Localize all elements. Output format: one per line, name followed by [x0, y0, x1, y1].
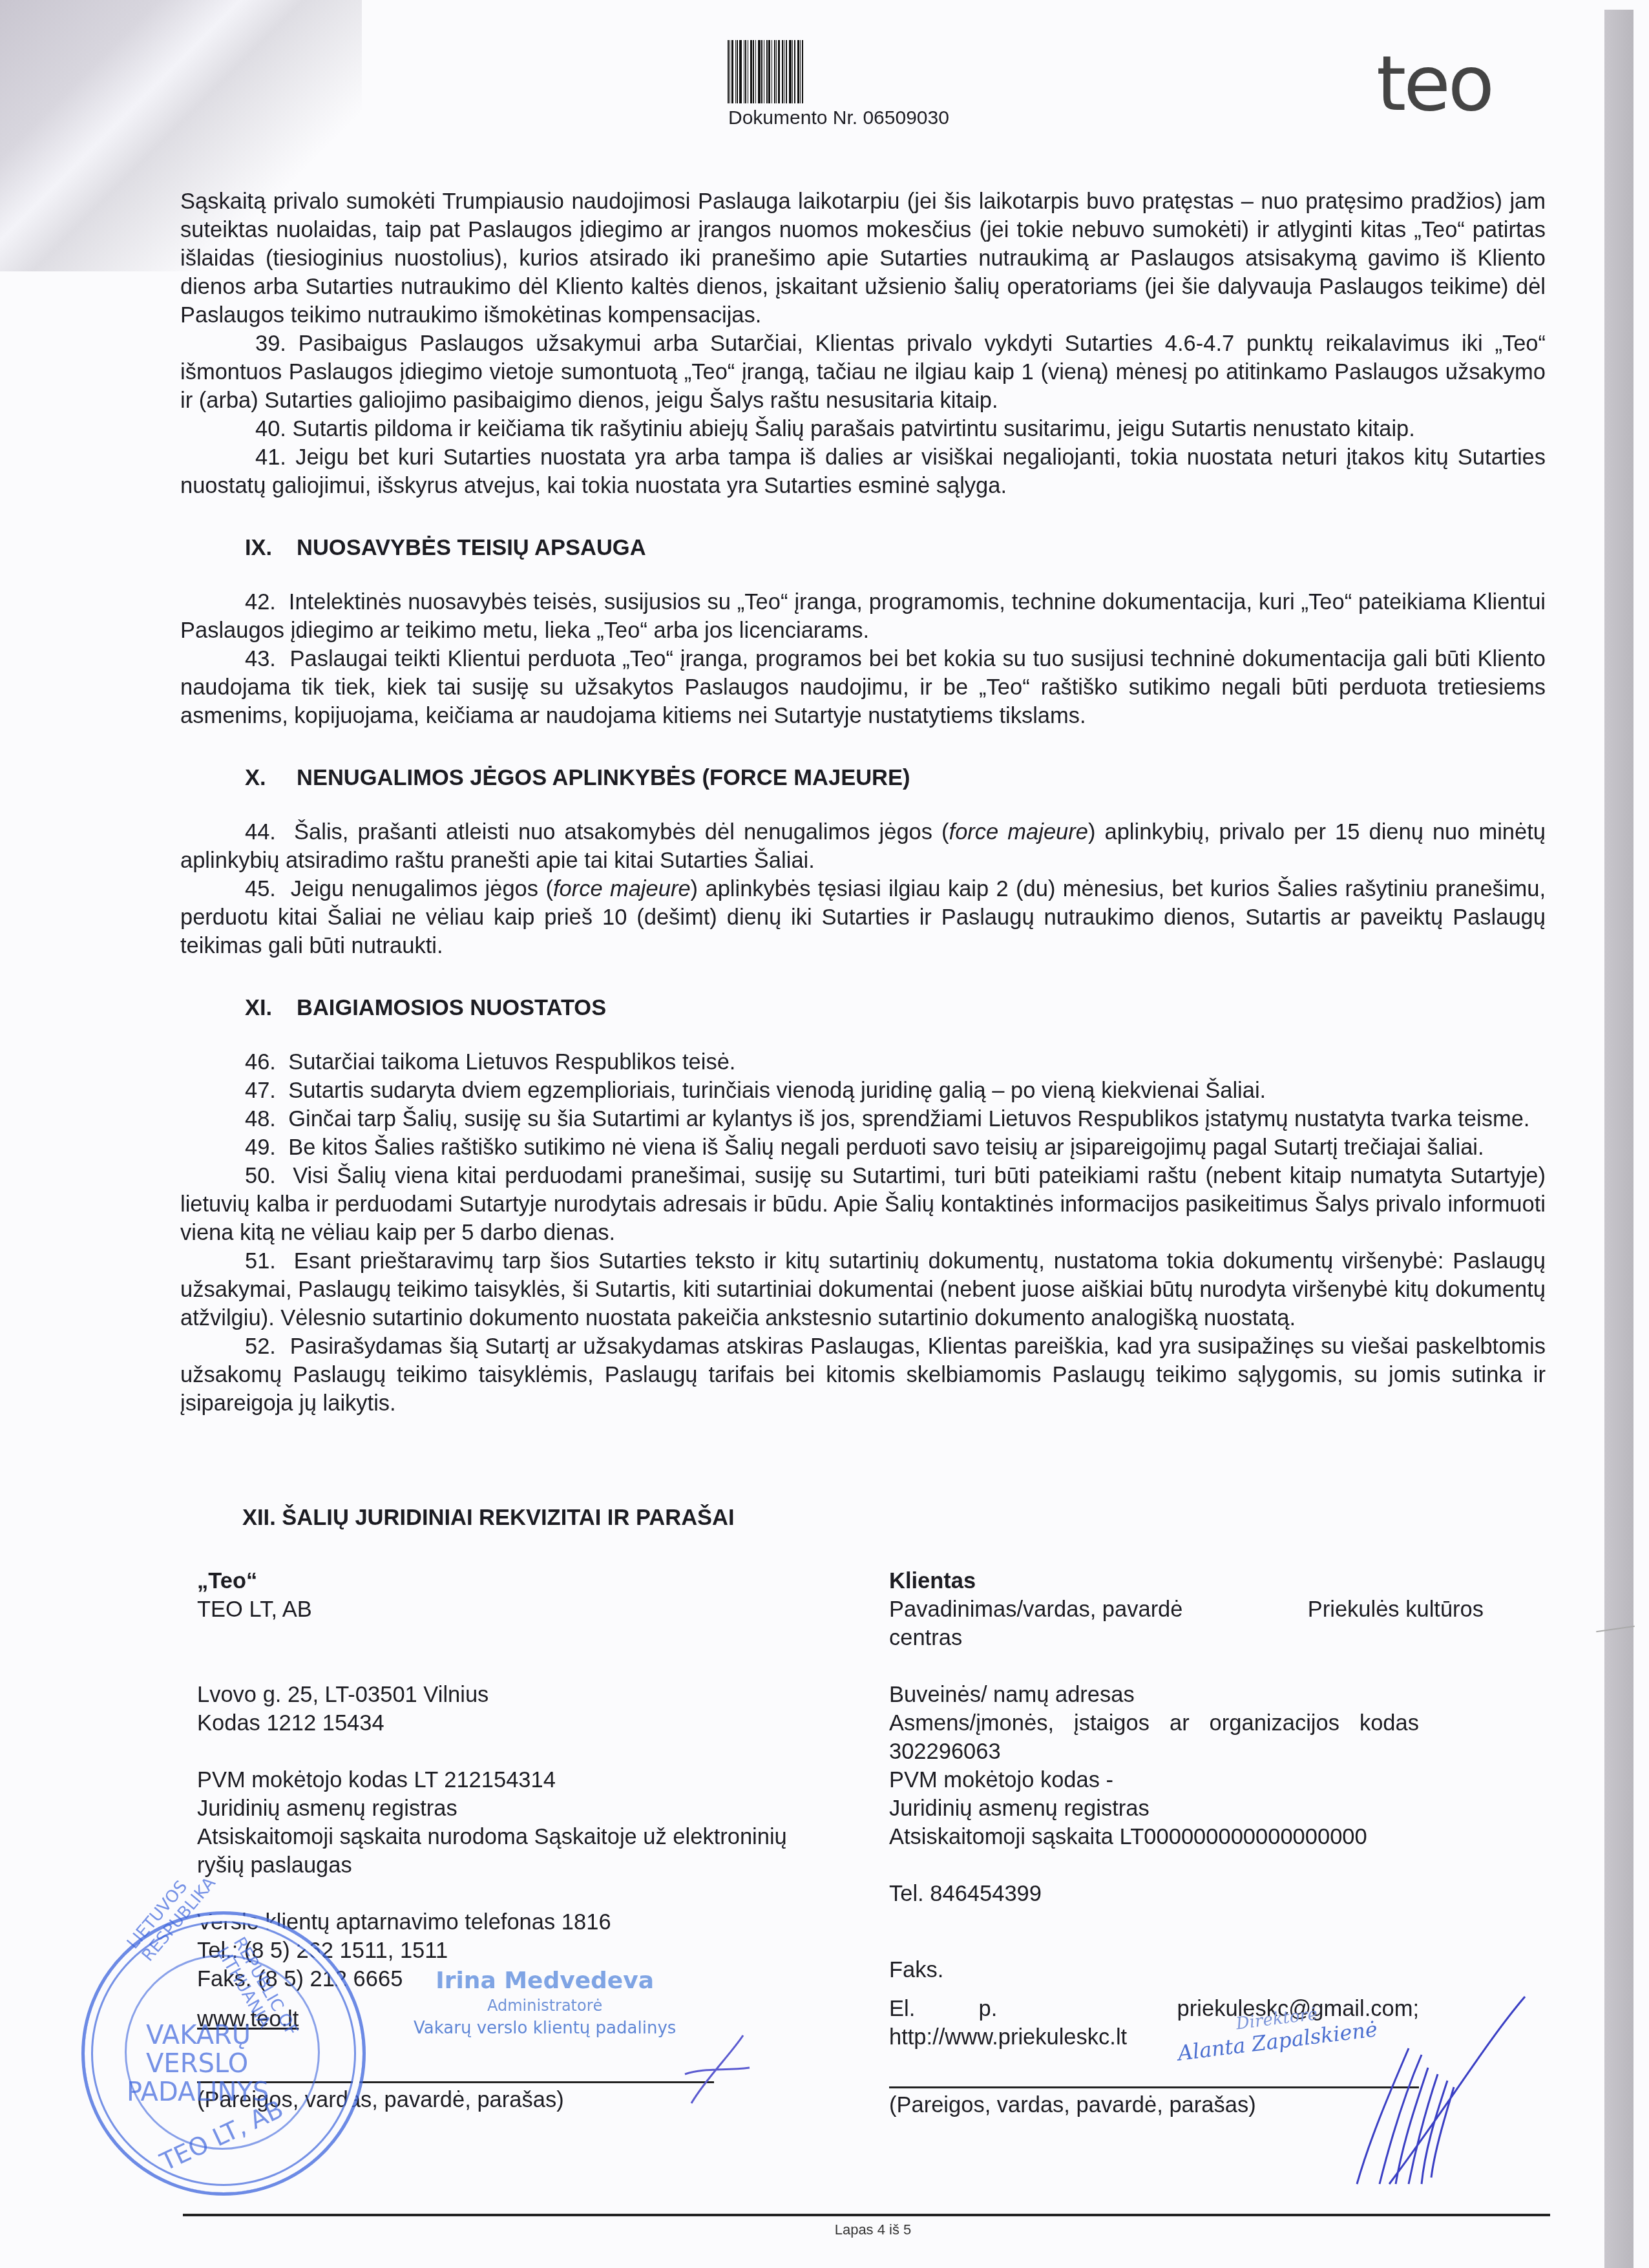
clause-45: 45. Jeigu nenugalimos jėgos (force majeu… — [180, 875, 1546, 960]
teo-address: Lvovo g. 25, LT-03501 Vilnius — [197, 1681, 869, 1709]
clause-text: Ginčai tarp Šalių, susiję su šia Sutarti… — [288, 1107, 1529, 1131]
clause-44: 44. Šalis, prašanti atleisti nuo atsakom… — [180, 818, 1546, 875]
clause-47: 47. Sutartis sudaryta dviem egzemplioria… — [180, 1076, 1546, 1105]
clause-text-italic: force majeure — [553, 877, 691, 901]
teo-account-line1: Atsiskaitomoji sąskaita nurodoma Sąskait… — [197, 1823, 869, 1851]
clause-number: 40. — [255, 417, 286, 441]
section-x-title: X.NENUGALIMOS JĖGOS APLINKYBĖS (FORCE MA… — [245, 764, 1546, 792]
continuation-paragraph: Sąskaitą privalo sumokėti Trumpiausio na… — [180, 187, 1546, 330]
clause-number: 42. — [245, 590, 276, 614]
teo-heading: „Teo“ — [197, 1567, 869, 1595]
section-number: XI. — [245, 994, 297, 1022]
clause-49: 49. Be kitos Šalies raštiško sutikimo nė… — [180, 1133, 1546, 1162]
teo-vat-code: PVM mokėtojo kodas LT 212154314 — [197, 1766, 869, 1794]
contract-body: Sąskaitą privalo sumokėti Trumpiausio na… — [180, 187, 1546, 1418]
teo-tel: Tel.: (8 5) 262 1511, 1511 — [197, 1937, 869, 1965]
clause-number: 52. — [245, 1334, 276, 1359]
section-heading: NUOSAVYBĖS TEISIŲ APSAUGA — [297, 536, 646, 560]
teo-business-phone: Verslo klientų aptarnavimo telefonas 181… — [197, 1908, 869, 1937]
clause-41: 41. Jeigu bet kuri Sutarties nuostata yr… — [180, 443, 1546, 500]
clause-text: Be kitos Šalies raštiško sutikimo nė vie… — [288, 1135, 1484, 1160]
signatory-unit: Vakarų verslo klientų padalinys — [414, 2019, 676, 2038]
clause-number: 49. — [245, 1135, 276, 1160]
clause-48: 48. Ginčai tarp Šalių, susiję su šia Sut… — [180, 1105, 1546, 1133]
clause-46: 46. Sutarčiai taikoma Lietuvos Respublik… — [180, 1048, 1546, 1076]
teo-code: Kodas 1212 15434 — [197, 1709, 869, 1738]
clause-number: 45. — [245, 877, 276, 901]
clause-text: Pasirašydamas šią Sutartį ar užsakydamas… — [180, 1334, 1546, 1416]
client-code-value: 302296063 — [889, 1738, 1484, 1766]
client-vat-code: PVM mokėtojo kodas - — [889, 1766, 1484, 1794]
clause-number: 48. — [245, 1107, 276, 1131]
clause-40: 40. Sutartis pildoma ir keičiama tik raš… — [180, 415, 1546, 443]
clause-42: 42. Intelektinės nuosavybės teisės, susi… — [180, 588, 1546, 645]
client-heading: Klientas — [889, 1567, 1484, 1595]
clause-text: Sutartis pildoma ir keičiama tik rašytin… — [293, 417, 1415, 441]
teo-signature-line — [197, 2081, 714, 2083]
clause-text: Šalis, prašanti atleisti nuo atsakomybės… — [294, 820, 949, 845]
teo-signatory-stamp: Irina Medvedeva Administratorė Vakarų ve… — [414, 1968, 676, 2038]
page-number: Lapas 4 iš 5 — [0, 2221, 1649, 2238]
signatory-name: Irina Medvedeva — [414, 1968, 676, 1994]
clause-text-italic: force majeure — [949, 820, 1088, 845]
section-xi-title: XI.BAIGIAMOSIOS NUOSTATOS — [245, 994, 1546, 1022]
footer-divider — [183, 2214, 1550, 2216]
clause-52: 52. Pasirašydamas šią Sutartį ar užsakyd… — [180, 1332, 1546, 1418]
clause-43: 43. Paslaugai teikti Klientui perduota „… — [180, 645, 1546, 730]
teo-registry: Juridinių asmenų registras — [197, 1794, 869, 1823]
clause-text: Jeigu bet kuri Sutarties nuostata yra ar… — [180, 445, 1546, 498]
section-number: IX. — [245, 534, 297, 562]
client-registry: Juridinių asmenų registras — [889, 1794, 1484, 1823]
clause-number: 51. — [245, 1249, 276, 1274]
clause-number: 39. — [255, 331, 286, 356]
clause-text: Visi Šalių viena kitai perduodami praneš… — [180, 1164, 1546, 1245]
clause-text: Pasibaigus Paslaugos užsakymui arba Suta… — [180, 331, 1546, 413]
client-signature-caption: (Pareigos, vardas, pavardė, parašas) — [889, 2091, 1484, 2119]
client-fax: Faks. — [889, 1956, 1484, 1984]
client-account: Atsiskaitomoji sąskaita LT00000000000000… — [889, 1823, 1484, 1851]
clause-text: Esant prieštaravimų tarp šios Sutarties … — [180, 1249, 1546, 1330]
clause-text: Sutartis sudaryta dviem egzemplioriais, … — [288, 1078, 1266, 1103]
client-name-row: Pavadinimas/vardas, pavardė Priekulės ku… — [889, 1595, 1484, 1624]
client-address-label: Buveinės/ namų adresas — [889, 1681, 1484, 1709]
section-number: X. — [245, 764, 297, 792]
clause-number: 41. — [255, 445, 286, 470]
clause-50: 50. Visi Šalių viena kitai perduodami pr… — [180, 1162, 1546, 1247]
client-email-label: El. — [889, 1995, 915, 2023]
clause-text: Paslaugai teikti Klientui perduota „Teo“… — [180, 647, 1546, 728]
teo-account-line2: ryšių paslaugas — [197, 1851, 869, 1880]
barcode-icon — [728, 40, 818, 103]
signatory-role: Administratorė — [414, 1997, 676, 2015]
requisites-title: XII. ŠALIŲ JURIDINIAI REKVIZITAI IR PARA… — [242, 1506, 735, 1531]
scan-edge-shadow — [1604, 10, 1633, 2268]
teo-logo: teo — [1376, 39, 1492, 128]
client-name-value: Priekulės kultūros — [1308, 1595, 1484, 1624]
client-signature-line — [889, 2086, 1419, 2088]
section-heading: BAIGIAMOSIOS NUOSTATOS — [297, 996, 606, 1020]
clause-number: 46. — [245, 1050, 276, 1075]
clause-number: 50. — [245, 1164, 276, 1188]
section-ix-title: IX.NUOSAVYBĖS TEISIŲ APSAUGA — [245, 534, 1546, 562]
clause-text: Sutarčiai taikoma Lietuvos Respublikos t… — [288, 1050, 735, 1075]
clause-51: 51. Esant prieštaravimų tarp šios Sutart… — [180, 1247, 1546, 1332]
clause-number: 43. — [245, 647, 276, 671]
clause-number: 47. — [245, 1078, 276, 1103]
teo-signature-caption: (Pareigos, vardas, pavardė, parašas) — [197, 2086, 869, 2114]
clause-number: 44. — [245, 820, 276, 845]
client-email-label-p: p. — [979, 1995, 998, 2023]
client-name-label: Pavadinimas/vardas, pavardė — [889, 1595, 1183, 1624]
section-heading: NENUGALIMOS JĖGOS APLINKYBĖS (FORCE MAJE… — [297, 766, 910, 790]
clause-text: Intelektinės nuosavybės teisės, susijusi… — [180, 590, 1546, 643]
clause-text: Jeigu nenugalimos jėgos ( — [291, 877, 553, 901]
clause-39: 39. Pasibaigus Paslaugos užsakymui arba … — [180, 330, 1546, 415]
client-name-value-cont: centras — [889, 1624, 1484, 1652]
client-tel: Tel. 846454399 — [889, 1880, 1484, 1908]
document-number: Dokumento Nr. 06509030 — [728, 107, 949, 129]
teo-company: TEO LT, AB — [197, 1595, 869, 1624]
client-code-label: Asmens/įmonės, įstaigos ar organizacijos… — [889, 1709, 1419, 1738]
